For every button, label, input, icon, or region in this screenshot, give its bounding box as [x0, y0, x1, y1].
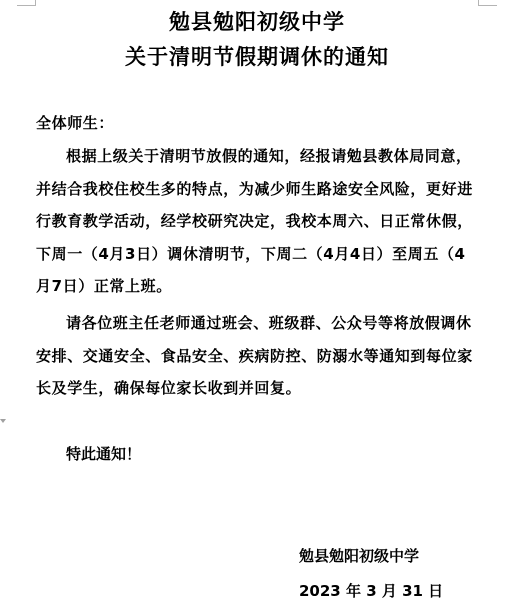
document-title-school: 勉县勉阳初级中学 [0, 10, 514, 34]
margin-marker-icon [0, 419, 6, 423]
page-corner-mark-top-right [478, 0, 497, 6]
body-paragraph-2: 请各位班主任老师通过班会、班级群、公众号等将放假调休安排、交通安全、食品安全、疾… [36, 307, 480, 405]
signature-date: 2023 年 3 月 31 日 [299, 575, 443, 607]
body-paragraph-1: 根据上级关于清明节放假的通知，经报请勉县教体局同意，并结合我校住校生多的特点，为… [36, 140, 480, 303]
signature-school-name: 勉县勉阳初级中学 [299, 540, 419, 572]
closing-remark: 特此通知！ [66, 438, 141, 470]
document-title-subject: 关于清明节假期调休的通知 [0, 45, 514, 69]
paragraph-text: 请各位班主任老师通过班会、班级群、公众号等将放假调休安排、交通安全、食品安全、疾… [36, 307, 480, 405]
paragraph-text: 根据上级关于清明节放假的通知，经报请勉县教体局同意，并结合我校住校生多的特点，为… [36, 140, 480, 303]
page-corner-mark-top-left [17, 0, 36, 6]
salutation: 全体师生： [36, 107, 480, 140]
